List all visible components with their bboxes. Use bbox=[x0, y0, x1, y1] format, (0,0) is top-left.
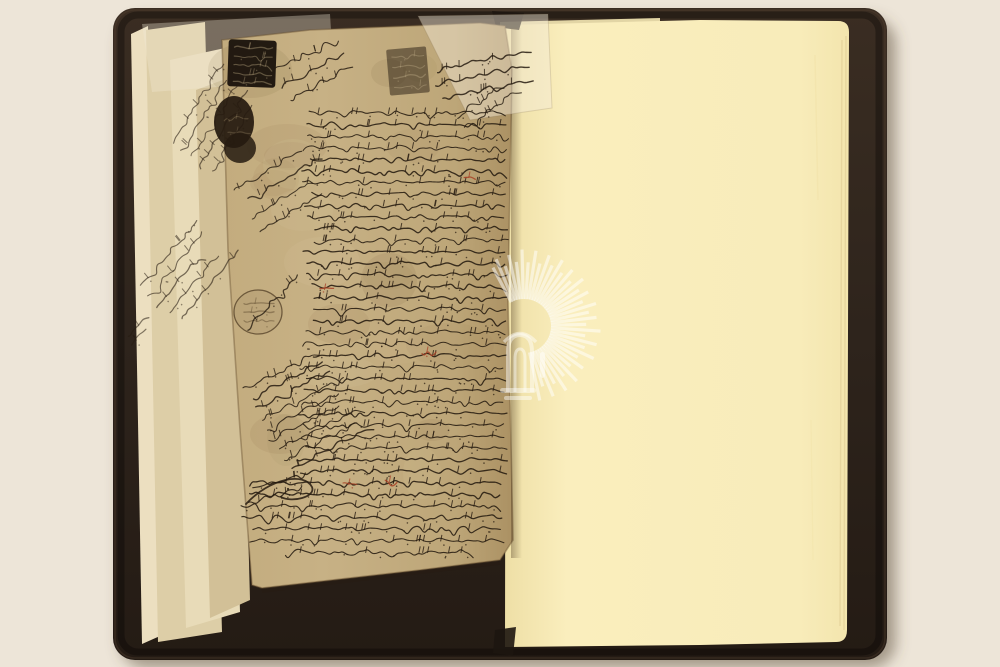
open-book-photo bbox=[0, 0, 1000, 667]
photo-stage: Photograph of an open antique book: dark… bbox=[0, 0, 1000, 667]
gutter-notch-bottom bbox=[493, 627, 516, 656]
square-black-seal bbox=[227, 39, 277, 88]
faint-oval-seal bbox=[234, 290, 282, 334]
faded-rect-seal bbox=[386, 46, 430, 95]
